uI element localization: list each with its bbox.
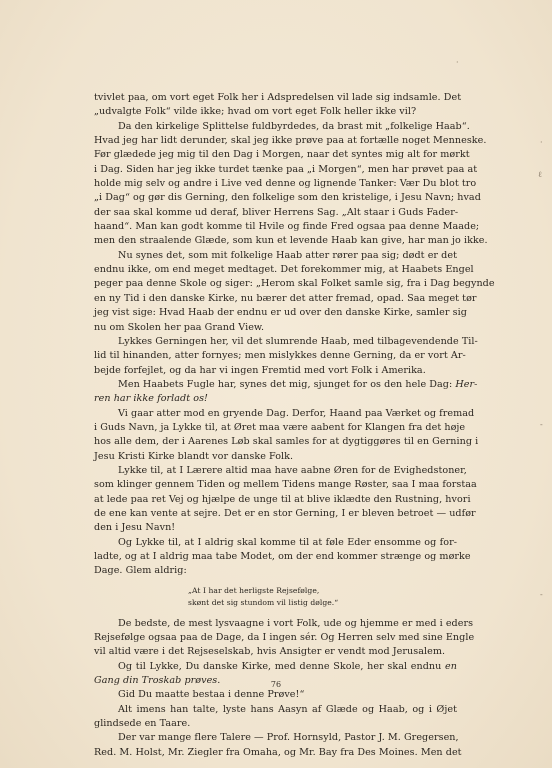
text-line: en ny Tid i den danske Kirke, nu bærer d… (94, 292, 457, 306)
text-line: den i Jesu Navn! (94, 521, 457, 535)
text-line: Da den kirkelige Splittelse fuldbyrdedes… (94, 120, 457, 134)
text-line: Lykke til, at I Lærere altid maa have aa… (94, 464, 457, 478)
text-line: „udvalgte Folk“ vilde ikke; hvad om vort… (94, 105, 457, 119)
italic-span: Her- (455, 379, 477, 390)
text-line: „i Dag“ og gør dis Gerning, den folkelig… (94, 191, 457, 205)
margin-speck: ℓ (538, 170, 542, 179)
text-line: tvivlet paa, om vort eget Folk her i Ads… (94, 91, 457, 105)
text-span: Og til Lykke, Du danske Kirke, med denne… (118, 661, 445, 672)
text-span: Men Haabets Fugle har, synes det mig, sj… (118, 379, 455, 390)
margin-speck: · (456, 58, 459, 67)
text-line: Og Lykke til, at I aldrig skal komme til… (94, 536, 457, 550)
margin-speck: - (540, 590, 543, 599)
poem-line: skønt det sig stundom vil listig dølge.“ (188, 597, 457, 610)
text-line: hos alle dem, der i Aarenes Løb skal sam… (94, 435, 457, 449)
italic-span: en (445, 661, 457, 672)
text-line: De bedste, de mest lysvaagne i vort Folk… (94, 617, 457, 631)
text-line: glindsede en Taare. (94, 717, 457, 731)
text-line: bejde forfejlet, og da har vi ingen Frem… (94, 364, 457, 378)
text-line: Nu synes det, som mit folkelige Haab att… (94, 249, 457, 263)
text-line: vil altid være i det Rejseselskab, hvis … (94, 645, 457, 659)
text-line: Og til Lykke, Du danske Kirke, med denne… (94, 660, 457, 674)
text-line: endnu ikke, om end meget medtaget. Det f… (94, 263, 457, 277)
text-line: lid til hinanden, atter fornyes; men mis… (94, 349, 457, 363)
text-line: at lede paa ret Vej og hjælpe de unge ti… (94, 493, 457, 507)
text-line: Men Haabets Fugle har, synes det mig, sj… (94, 378, 457, 392)
text-line: peger paa denne Skole og siger: „Herom s… (94, 277, 457, 291)
page-number: 76 (0, 680, 552, 689)
text-line: der saa skal komme ud deraf, bliver Herr… (94, 206, 457, 220)
text-line: ladte, og at I aldrig maa tabe Modet, om… (94, 550, 457, 564)
text-line: holde mig selv og andre i Live ved denne… (94, 177, 457, 191)
text-line: i Dag. Siden har jeg ikke turdet tænke p… (94, 163, 457, 177)
text-line: i Guds Navn, ja Lykke til, at Øret maa v… (94, 421, 457, 435)
text-line: Hvad jeg har lidt derunder, skal jeg ikk… (94, 134, 457, 148)
text-line: Alt imens han talte, lyste hans Aasyn af… (94, 703, 457, 717)
margin-speck: - (540, 420, 543, 429)
text-line: Før glædede jeg mig til den Dag i Morgen… (94, 148, 457, 162)
text-line: men den straalende Glæde, som kun et lev… (94, 234, 457, 248)
text-line: Dage. Glem aldrig: (94, 564, 457, 578)
body-text: tvivlet paa, om vort eget Folk her i Ads… (94, 91, 457, 760)
text-line: Red. M. Holst, Mr. Ziegler fra Omaha, og… (94, 746, 457, 760)
poem-line: „At I har det herligste Rejsefølge, (188, 585, 457, 598)
text-line: nu om Skolen her paa Grand View. (94, 321, 457, 335)
text-line: som klinger gennem Tiden og mellem Tiden… (94, 478, 457, 492)
text-line: Vi gaar atter mod en gryende Dag. Derfor… (94, 407, 457, 421)
text-line: ren har ikke forladt os! (94, 392, 457, 406)
text-line: haand“. Man kan godt komme til Hvile og … (94, 220, 457, 234)
text-line: de ene kan vente at sejre. Det er en sto… (94, 507, 457, 521)
margin-speck: · (540, 138, 543, 147)
text-line: Der var mange flere Talere — Prof. Horns… (94, 731, 457, 745)
text-line: Jesu Kristi Kirke blandt vor danske Folk… (94, 450, 457, 464)
scanned-page: · · ℓ - - tvivlet paa, om vort eget Folk… (0, 0, 552, 768)
poem-quote: „At I har det herligste Rejsefølge, skøn… (94, 585, 457, 610)
text-line: Gid Du maatte bestaa i denne Prøve!“ (94, 688, 457, 702)
text-line: Lykkes Gerningen her, vil det slumrende … (94, 335, 457, 349)
text-line: jeg vist sige: Hvad Haab der endnu er ud… (94, 306, 457, 320)
text-line: Rejsefølge ogsaa paa de Dage, da I ingen… (94, 631, 457, 645)
